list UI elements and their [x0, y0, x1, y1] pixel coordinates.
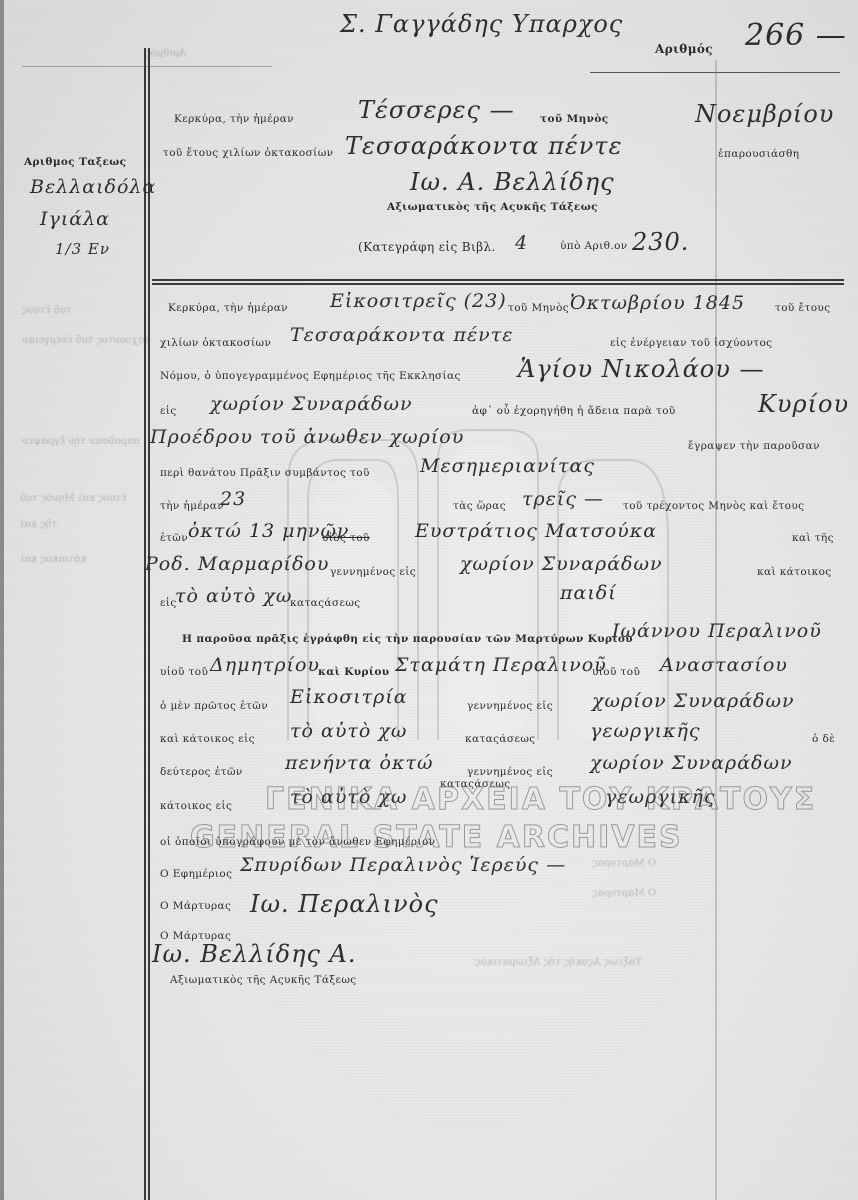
class-number-label: Αριθμος Ταξεως [24, 156, 126, 168]
registration-year: Τεσσαράκοντα πέντε [345, 132, 622, 160]
authority-title: Κυρίου [758, 390, 849, 418]
bleed-through-text: Ο Μάρτυρας [592, 858, 656, 869]
act-day-label: Κερκύρα, τὴν ἡμέραν [168, 302, 288, 314]
bleed-through-text: Αριθμὸς [145, 48, 186, 59]
authority-name: Προέδρου τοῦ ἀνωθεν χωρίου [150, 426, 464, 448]
death-hour: τρεῖς — [522, 488, 604, 510]
act-year-label: τοῦ ἔτους [775, 302, 830, 314]
book-number: 4 [515, 232, 528, 254]
act-month: Ὀκτωβρίου 1845 [570, 292, 745, 314]
place-name: χωρίον Συναράδων [210, 393, 413, 415]
status-label: καταςάσεως [465, 733, 536, 745]
page-edge [0, 0, 4, 1200]
born-label: γεννημένος εἰς [467, 700, 553, 712]
bleed-through-text: Ο Μάρτυρας [592, 888, 656, 899]
witness1-name: Ιωάννου Περαλινοῦ [612, 620, 822, 642]
witness1-birthplace: χωρίον Συναράδων [592, 690, 795, 712]
church-name: Ἁγίου Νικολάου — [518, 355, 764, 383]
deceased-status: παιδί [560, 582, 617, 604]
father-name: Ευστράτιος Ματσούκα [415, 520, 657, 542]
resident-in-label: καὶ κάτοικος εἰς [160, 733, 255, 745]
officer-label: Αξιωματικὸς τῆς Αςυκῆς Τάξεως [170, 974, 357, 986]
law-label: Νόμου, ὁ ὑπογεγραμμένος Εφημέριος τῆς Εκ… [160, 370, 461, 382]
hour-label: τὰς ὥρας [453, 500, 506, 512]
death-act-label: περὶ θανάτου Πρᾶξιν συμβάντος τοῦ [160, 467, 370, 479]
deceased-name: Μεσημεριανίτας [420, 455, 595, 477]
witness1-residence: τὸ αὐτὸ χω [290, 720, 407, 742]
under-number-label: ὑπὸ Αριθ.ον [560, 240, 628, 252]
death-day-label: τὴν ἡμέραν [160, 500, 224, 512]
archives-watermark-english: GENERAL STATE ARCHIVES [190, 820, 683, 855]
thousand-label: χιλίων ὀκτακοσίων [160, 337, 271, 349]
registration-day: Τέσσερες — [358, 96, 515, 124]
witness-presence-label: Η παροῦσα πρᾶξις ἐγράφθη εἰς τὴν παρουσί… [182, 633, 633, 645]
officer-signature: Ιω. Α. Βελλίδης [410, 168, 615, 196]
section-double-rule [152, 279, 844, 285]
wrote-label: ἔγραψεν τὴν παροῦσαν [688, 440, 820, 452]
officer-label: Αξιωματικὸς τῆς Αςυκῆς Τάξεως [387, 201, 598, 213]
class-number-handwritten: Ιγιάλα [40, 208, 110, 230]
month-label: τοῦ Μηνὸς [540, 113, 609, 125]
resident-label: καὶ κάτοικος [757, 566, 832, 578]
registration-month: Νοεμβρίου [695, 100, 834, 128]
second-years-label: δεύτερος ἐτῶν [160, 766, 243, 778]
witness2-name: Σταμάτη Περαλινοῦ [395, 654, 607, 676]
son-of-label: υἱοῦ τοῦ [160, 666, 208, 678]
witness1-status: γεωργικῆς [590, 720, 701, 742]
son-of-label: υἱοῦ τοῦ [592, 666, 640, 678]
class-number-handwritten: 1/3 Εν [55, 240, 110, 258]
witness1-signature: Ιω. Περαλινὸς [250, 890, 439, 918]
witness1-age: Εἰκοσιτρία [290, 686, 408, 708]
in-label: εἰς [160, 405, 177, 417]
status-label: καταςάσεως [290, 597, 361, 609]
mother-name: Ροδ. Μαρμαρίδου [145, 553, 329, 575]
born-label: γεννημένος εἰς [330, 566, 416, 578]
bleed-through-text: τῆς καὶ [20, 519, 57, 530]
header-handwritten-title: Σ. Γαγγάδης Υπαρχος [340, 10, 623, 38]
years-label: ἐτῶν [160, 532, 188, 544]
corfu-day-label: Κερκύρα, τὴν ἡμέραν [174, 113, 294, 125]
bleed-through-text: ἔτους καὶ Μηνὸς τοῦ [20, 493, 127, 504]
residence: τὸ αὐτὸ χω [175, 585, 292, 607]
number-value: 266 — [745, 18, 847, 53]
officer-signature: Ιω. Βελλίδης Α. [152, 940, 357, 968]
death-day: 23 [220, 488, 246, 510]
recorded-label: (Κατεγράφη εἰς Βιβλ. [358, 240, 496, 254]
current-month-year-label: τοῦ τρέχοντος Μηνὸς καὶ ἔτους [623, 500, 804, 512]
witness2-age: πενήντα ὀκτώ [285, 752, 433, 774]
priest-label: Ο Εφημέριος [160, 868, 232, 880]
second-label: ὁ δὲ [812, 733, 835, 745]
resident-in-label: κάτοικος εἰς [160, 800, 232, 812]
margin-double-rule [144, 48, 150, 1200]
bleed-through-text: τοῦ ἔτους [22, 305, 71, 316]
son-of-struck-label: υἱὸς τοῦ [322, 532, 370, 544]
bleed-through-text: παροῦσαν τὴν ἔγραψεν [22, 436, 140, 447]
bleed-through-text: ἰσχύοντος τοῦ ἐνέργειαν [22, 335, 149, 346]
witness2-father: Αναστασίου [660, 654, 788, 676]
act-day: Εἰκοσιτρεῖς (23) [330, 290, 507, 312]
and-label: καὶ τῆς [792, 532, 834, 544]
priest-signature: Σπυρίδων Περαλινὸς Ἱερεύς — [240, 854, 566, 876]
number-label: Αριθμός [655, 42, 713, 56]
register-number: 230. [632, 228, 689, 256]
enforcement-label: εἰς ἐνέργειαν τοῦ ἰσχύοντος [610, 337, 772, 349]
presented-label: ἐπαρουσιάσθη [718, 148, 799, 160]
born-label: γεννημένος εἰς [467, 766, 553, 778]
and-mr-label: καὶ Κυρίου [318, 666, 389, 678]
year-label: τοῦ ἔτους χιλίων ὀκτακοσίων [163, 147, 333, 159]
birthplace: χωρίον Συναράδων [460, 553, 663, 575]
bleed-through-text: Τάξεως Αςυκῆς τῆς Αξιωματικὸς [475, 957, 642, 968]
act-month-label: τοῦ Μηνὸς [508, 302, 569, 314]
bleed-through-text: κάτοικος καὶ [20, 554, 86, 565]
archives-watermark-greek: ΓΕΝΙΚΑ ΑΡΧΕΙΑ ΤΟΥ ΚΡΑΤΟΥΣ [265, 782, 816, 817]
act-year: Τεσσαράκοντα πέντε [290, 324, 513, 346]
permit-label: ἀφ᾽ οὗ ἐχορηγήθη ἡ ἄδεια παρὰ τοῦ [472, 405, 676, 417]
class-number-handwritten: Βελλαιδόλα [30, 176, 156, 198]
first-years-label: ὁ μὲν πρῶτος ἐτῶν [160, 700, 268, 712]
witness2-birthplace: χωρίον Συναράδων [590, 752, 793, 774]
witness1-label: Ο Μάρτυρας [160, 900, 231, 912]
witness1-father: Δημητρίου [210, 654, 320, 676]
